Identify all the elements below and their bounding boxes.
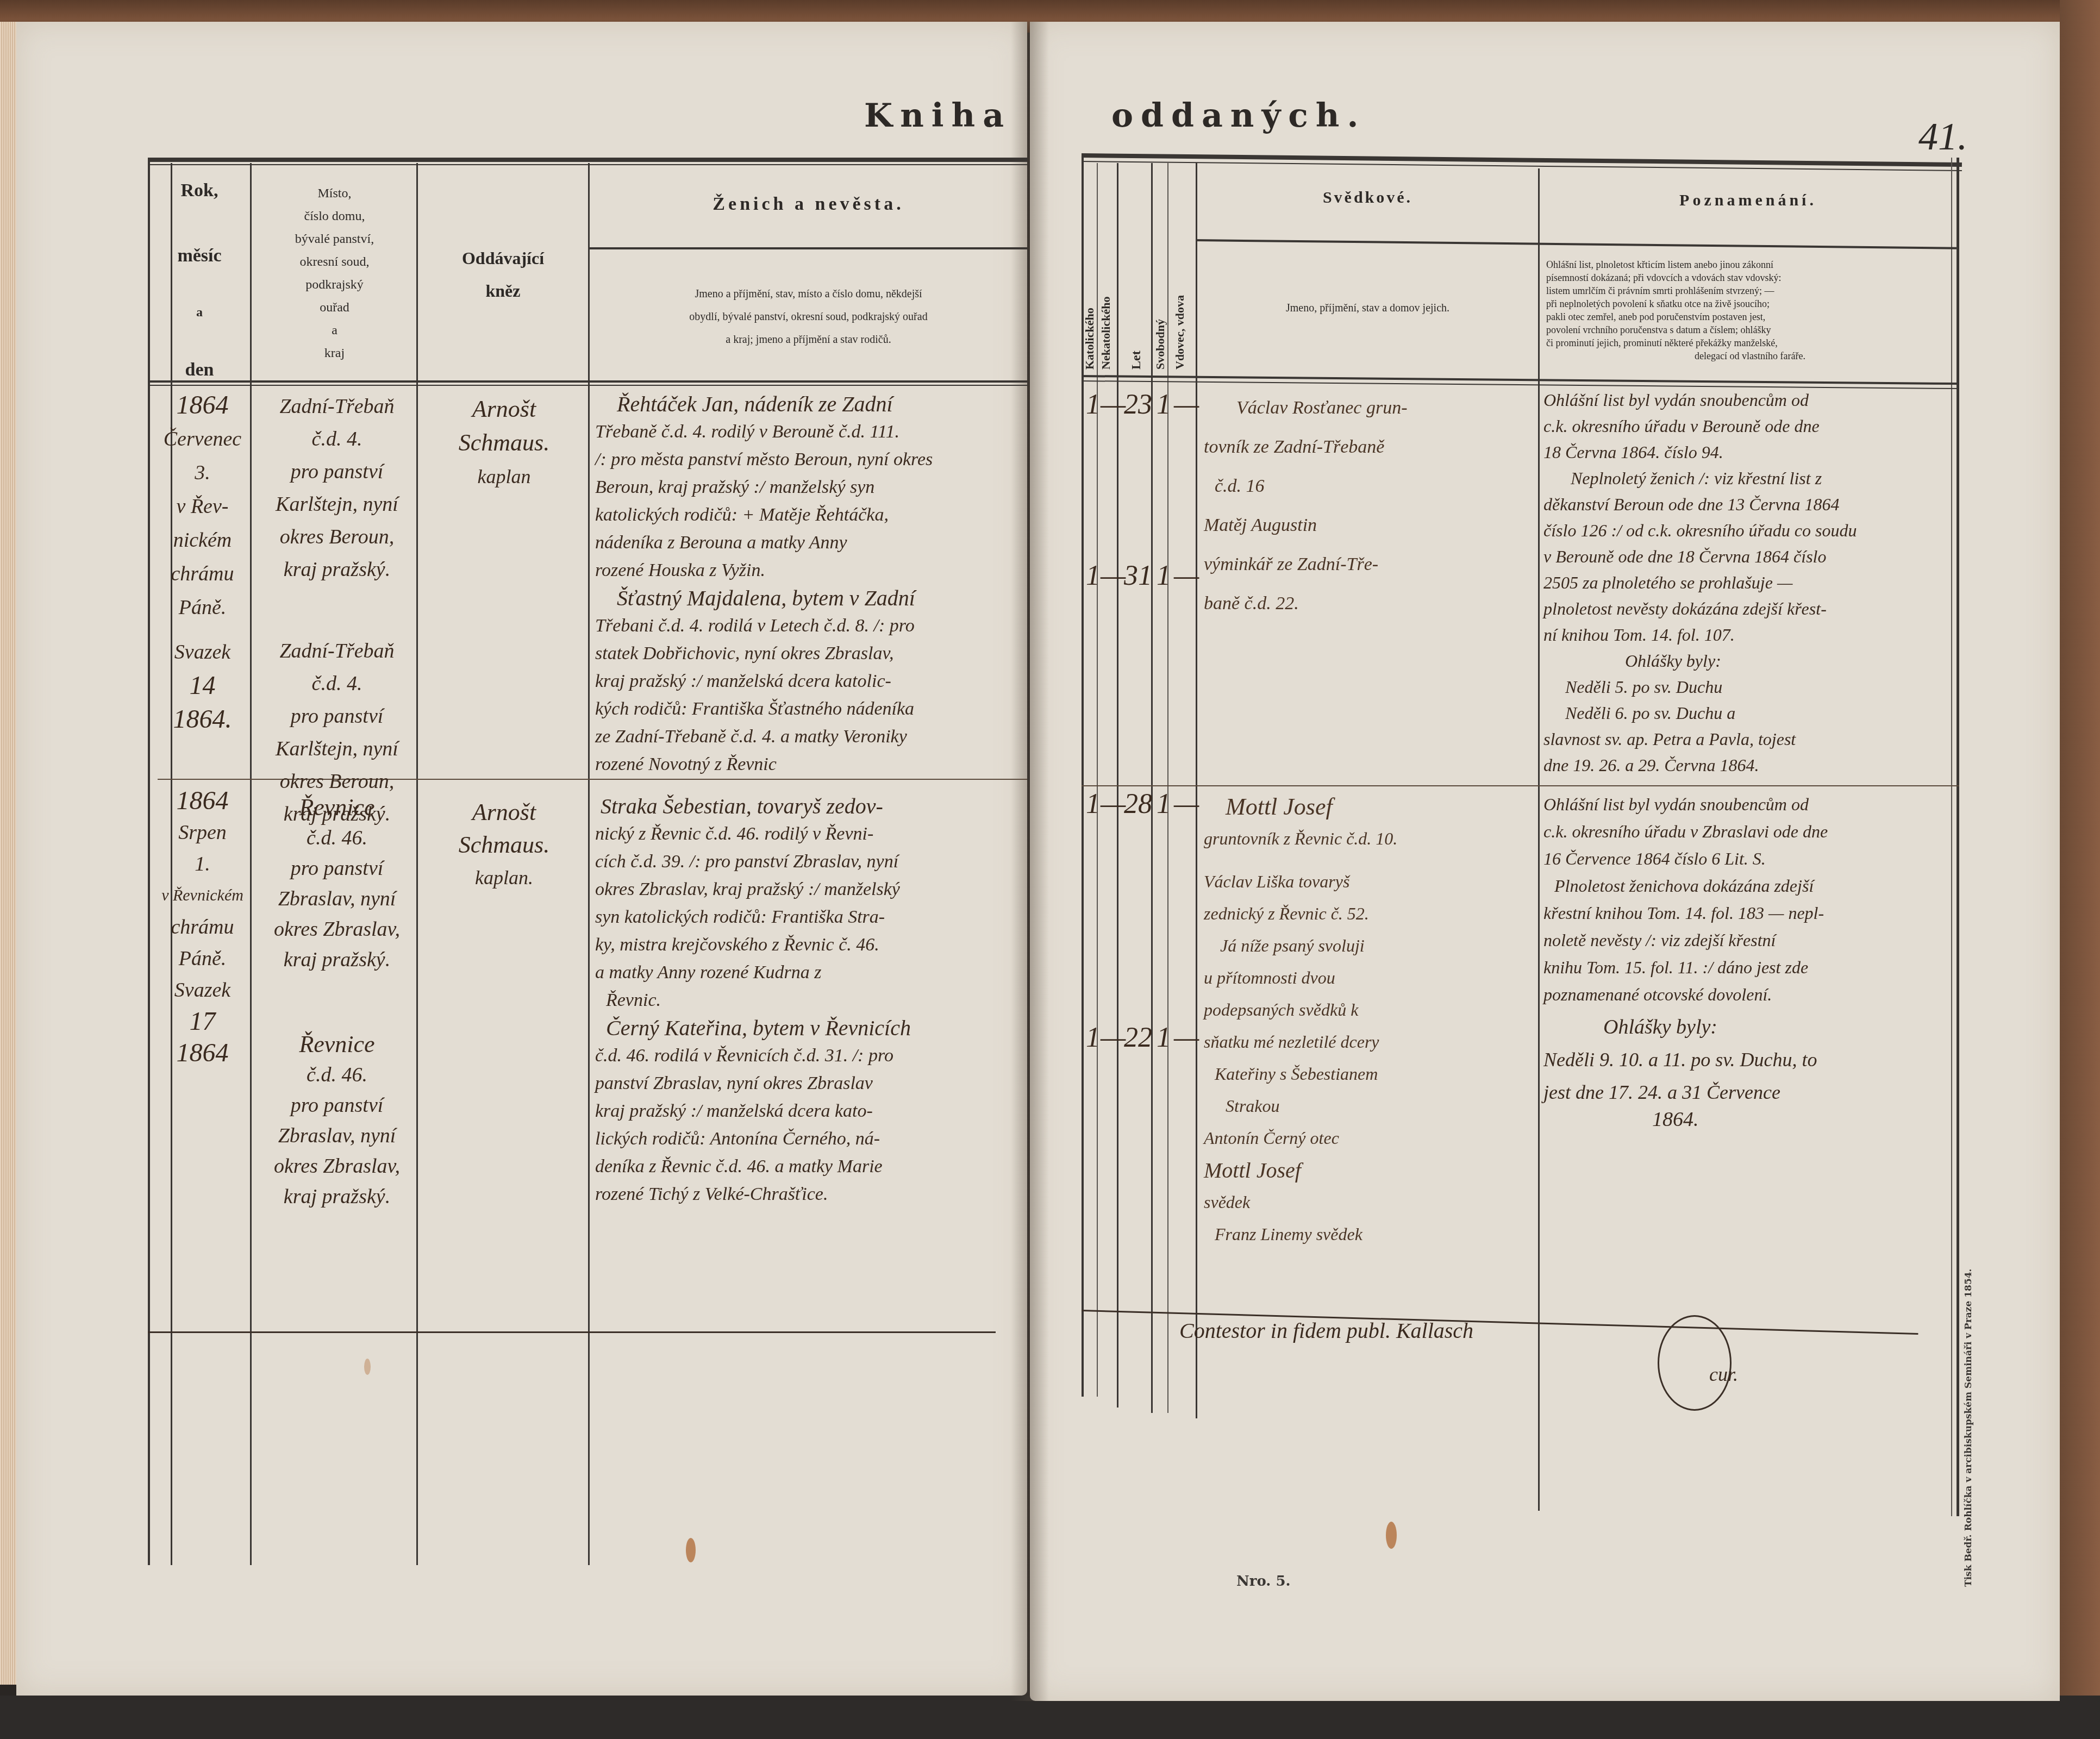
entry-2-groom-single: 1 [1157,788,1171,820]
entry-2-remarks: Ohlášní list byl vydán snoubencům od c.k… [1543,791,1957,1133]
paper-stain [1386,1522,1397,1549]
header-groom-bride: Ženich a nevěsta. [590,193,1027,216]
entry-2-bride-age: 22 [1124,1022,1152,1054]
entry-2-priest: Arnošt Schmaus. kaplan. [421,796,587,894]
header-non-catholic: Nekatolického [1099,239,1113,370]
entry-1-bride-catholic: 1 [1086,560,1100,592]
header-widowed: Vdovec, vdova [1173,255,1187,370]
entry-1-bride-age: 31 [1124,560,1152,592]
header-year-month-day: Rok, měsíc a den [148,179,251,382]
header-groom-bride-sub: Jmeno a příjmění, stav, místo a číslo do… [590,283,1027,351]
entry-2-groom-widowed: — [1174,788,1199,820]
entry-1-groom-single: 1 [1157,389,1171,421]
entry-2-groom-age: 28 [1124,788,1152,820]
header-officiating-priest: Oddávající kněz [418,242,588,307]
entry-1-bride-noncatholic: — [1101,560,1126,592]
entry-2-couple: Straka Šebestian, tovaryš zedov- nický z… [595,792,1024,1208]
header-single: Svobodný [1153,293,1167,370]
page-edges [0,22,16,1685]
background-surface [0,1696,2100,1739]
entry-2-groom-noncatholic: — [1101,788,1126,820]
paper-stain [364,1359,371,1375]
entry-1-bride-widowed: — [1174,560,1199,592]
entry-1-groom-noncatholic: — [1101,389,1126,421]
entry-1-witnesses: Václav Rosťanec grun- tovník ze Zadní-Tř… [1204,389,1535,623]
header-witnesses-sub: Jmeno, příjmění, stav a domov jejich. [1197,302,1538,315]
entry-1-date: 1864 Červenec 3. v Řev- nickém chrámu Pá… [152,389,253,736]
entry-1-bride-single: 1 [1157,560,1171,592]
form-number: Nro. 5. [1236,1573,1291,1590]
entry-1-groom-age: 23 [1124,389,1152,421]
title-right: oddaných. [1111,97,1366,135]
entry-1-groom-widowed: — [1174,389,1199,421]
printer-imprint: Tisk Bedř. Rohlíčka v arcibiskupském Sem… [1963,1283,1974,1587]
entry-1-couple: Řehtáček Jan, nádeník ze Zadní Třebaně č… [595,390,1024,778]
entry-2-groom-catholic: 1 [1086,788,1100,820]
paper-stain [686,1538,696,1562]
entry-2-bride-single: 1 [1157,1022,1171,1054]
header-remarks-sub: Ohlášní list, plnoletost křticím listem … [1546,258,1954,362]
entry-2-witnesses: Mottl Josef gruntovník z Řevnic č.d. 10.… [1204,791,1535,1250]
entry-2-bride-noncatholic: — [1101,1022,1126,1054]
header-place: Místo, číslo domu, bývalé panství, okres… [252,182,417,365]
header-remarks: Poznamenání. [1540,190,1957,211]
entry-1-groom-catholic: 1 [1086,389,1100,421]
entry-2-bride-catholic: 1 [1086,1022,1100,1054]
entry-1-priest: Arnošt Schmaus. kaplan [421,392,587,493]
entry-2-bride-widowed: — [1174,1022,1199,1054]
entry-1-place: Zadní-Třebaň č.d. 4. pro panství Karlšte… [255,390,418,830]
entry-1-remarks: Ohlášní list byl vydán snoubencům od c.k… [1543,387,1957,778]
entry-2-place: Řevnice č.d. 46. pro panství Zbraslav, n… [255,792,418,1212]
entry-2-date: 1864 Srpen 1. v Řevnickém chrámu Páně. S… [152,785,253,1069]
attestation-suffix: cur. [1709,1359,1738,1390]
title-left: Kniha [864,97,1011,135]
book-cover-right [2060,0,2100,1739]
attestation-signature: Contestor in fidem publ. Kallasch [1179,1315,1473,1347]
header-catholic: Katolického [1083,250,1097,370]
header-age: Let [1129,331,1144,370]
page-number: 41. [1918,114,1967,159]
header-witnesses: Svědkové. [1197,187,1538,208]
